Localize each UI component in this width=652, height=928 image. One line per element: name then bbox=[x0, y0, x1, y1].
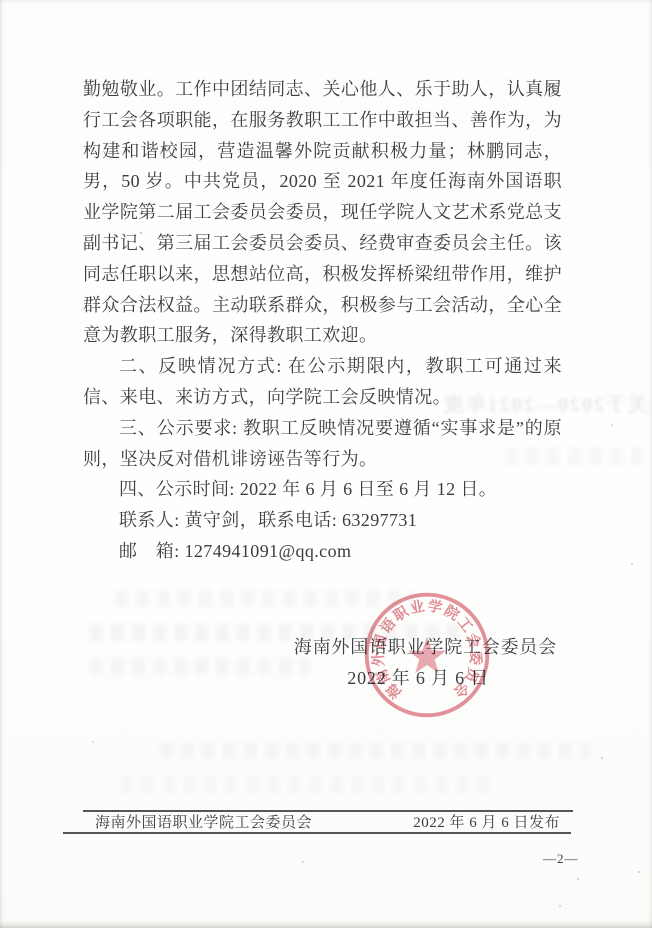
paragraph-publicity-requirement: 三、公示要求: 教职工反映情况要遵循“实事求是”的原则，坚决反对借机诽谤诬告等行… bbox=[83, 413, 562, 475]
paragraph-evaluation: 勤勉敬业。工作中团结同志、关心他人、乐于助人，认真履行工会各项职能，在服务教职工… bbox=[83, 74, 562, 351]
bleed-through-smudge bbox=[160, 742, 590, 759]
bleed-through-smudge bbox=[90, 658, 310, 675]
bleed-through-smudge bbox=[120, 776, 500, 793]
page-number: —2— bbox=[543, 851, 579, 867]
footer-row: 海南外国语职业学院工会委员会 2022 年 6 月 6 日发布 bbox=[95, 811, 560, 831]
scan-noise bbox=[0, 0, 2, 2]
official-seal: 海南外国语职业学院工会委员会 bbox=[360, 588, 494, 722]
scanned-document-page: 关于2020—2021年度 勤勉敬业。工作中团结同志、关心他人、乐于助人，认真履… bbox=[0, 0, 652, 928]
footer-rule-bottom bbox=[63, 832, 571, 834]
paragraph-email: 邮 箱: 1274941091@qq.com bbox=[83, 536, 562, 567]
footer-org: 海南外国语职业学院工会委员会 bbox=[95, 811, 312, 832]
footer-publish-date: 2022 年 6 月 6 日发布 bbox=[413, 811, 560, 832]
paragraph-contact: 联系人: 黄守剑，联系电话: 63297731 bbox=[83, 505, 562, 536]
seal-star-icon bbox=[408, 637, 446, 673]
paragraph-publicity-period: 四、公示时间: 2022 年 6 月 6 日至 6 月 12 日。 bbox=[83, 474, 562, 505]
document-body: 勤勉敬业。工作中团结同志、关心他人、乐于助人，认真履行工会各项职能，在服务教职工… bbox=[83, 74, 562, 567]
paragraph-feedback-method: 二、反映情况方式: 在公示期限内，教职工可通过来信、来电、来访方式，向学院工会反… bbox=[83, 351, 562, 413]
